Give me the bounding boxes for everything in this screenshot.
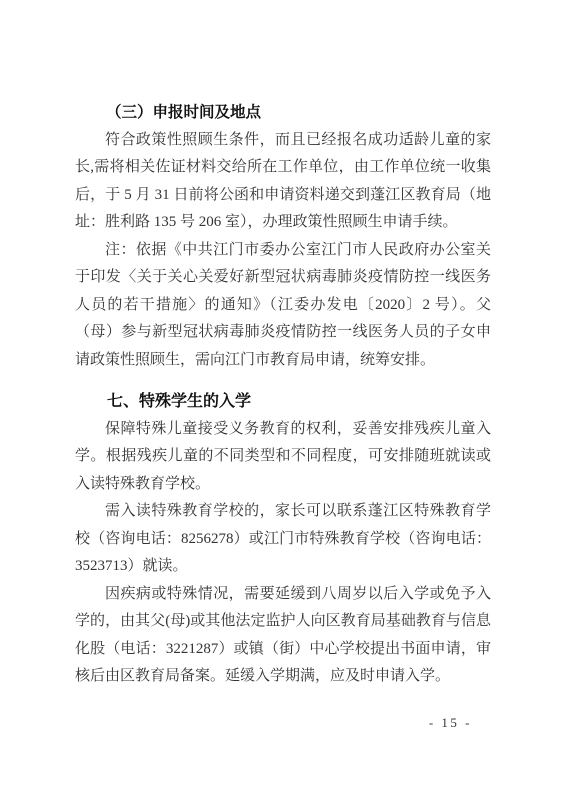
paragraph-special-school-contacts: 需入读特殊教育学校的，家长可以联系蓬江区特殊教育学校（咨询电话：8256278）…: [75, 498, 491, 581]
document-page: （三）申报时间及地点 符合政策性照顾生条件，而且已经报名成功适龄儿童的家长,需将…: [0, 0, 566, 800]
paragraph-deferred-enrollment: 因疾病或特殊情况，需要延缓到八周岁以后入学或免予入学的，由其父(母)或其他法定监…: [75, 581, 491, 691]
section-heading-special-students-enrollment: 七、特殊学生的入学: [75, 388, 491, 416]
paragraph-note-medical-staff-policy: 注：依据《中共江门市委办公室江门市人民政府办公室关于印发〈关于关心关爱好新型冠状…: [75, 237, 491, 375]
section-heading-declaration-time-place: （三）申报时间及地点: [75, 99, 491, 127]
paragraph-policy-care-application: 符合政策性照顾生条件，而且已经报名成功适龄儿童的家长,需将相关佐证材料交给所在工…: [75, 127, 491, 237]
page-number: - 15 -: [429, 715, 472, 731]
paragraph-special-children-rights: 保障特殊儿童接受义务教育的权利，妥善安排残疾儿童入学。根据残疾儿童的不同类型和不…: [75, 416, 491, 499]
document-content: （三）申报时间及地点 符合政策性照顾生条件，而且已经报名成功适龄儿童的家长,需将…: [75, 99, 491, 691]
